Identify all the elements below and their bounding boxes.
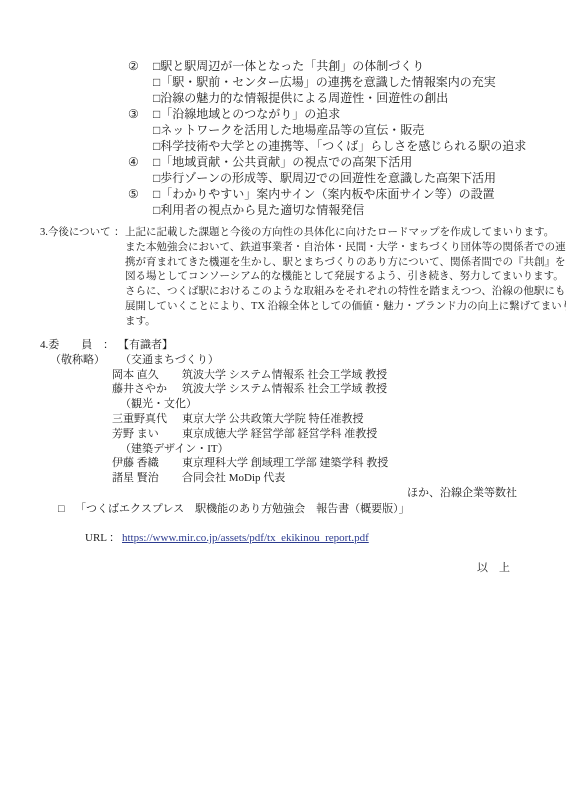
member-name: 伊藤 香織 — [112, 456, 182, 471]
report-title: 「つくばエクスプレス 駅機能のあり方勉強会 報告書（概要版）」 — [75, 502, 410, 517]
member-affiliation: 東京大学 公共政策大学院 特任准教授 — [182, 412, 364, 427]
member-row: 伊藤 香織 東京理科大学 創域理工学部 建築学科 教授 — [40, 456, 517, 471]
checklist-item: □利用者の視点から見た適切な情報発信 — [128, 202, 526, 218]
checklist-item: □科学技術や大学との連携等、「つくば」らしさを感じられる駅の追求 — [128, 138, 526, 154]
paragraph-line: 携が育まれてきた機運を生かし、駅とまちづくりのあり方について、関係者間での『共創… — [125, 256, 539, 271]
paragraph-line: 上記に記載した課題と今後の方向性の具体化に向けたロードマップを作成してまいります… — [125, 226, 539, 241]
category-label: （交通まちづくり） — [120, 353, 219, 368]
report-url-row: URL ： https://www.mir.co.jp/assets/pdf/t… — [85, 531, 410, 546]
checklist-item-label: □「地域貢献・公共貢献」の視点での高架下活用 — [153, 154, 412, 170]
item-number — [128, 138, 153, 154]
future-paragraph: 上記に記載した課題と今後の方向性の具体化に向けたロードマップを作成してまいります… — [125, 226, 539, 330]
paragraph-line: 展開していくことにより、TX 沿線全体としての価値・魅力・ブランド力の向上に繋げ… — [125, 300, 539, 315]
member-row: 三重野真代 東京大学 公共政策大学院 特任准教授 — [40, 412, 517, 427]
committee-heading: 【有識者】 — [118, 338, 173, 353]
report-section: □ 「つくばエクスプレス 駅機能のあり方勉強会 報告書（概要版）」 URL ： … — [58, 502, 410, 546]
checklist-item-label: □「駅・駅前・センター広場」の連携を意識した情報案内の充実 — [153, 74, 496, 90]
checklist-item: □沿線の魅力的な情報提供による周遊性・回遊性の創出 — [128, 90, 526, 106]
checkbox-glyph: □ — [58, 502, 75, 517]
checklist-item: □歩行ゾーンの形成等、駅周辺での回遊性を意識した高架下活用 — [128, 170, 526, 186]
member-name: 三重野真代 — [112, 412, 182, 427]
checklist-item-label: □駅と駅周辺が一体となった「共創」の体制づくり — [153, 58, 424, 74]
member-affiliation: 合同会社 MoDip 代表 — [182, 471, 285, 486]
checklist-item-label: □科学技術や大学との連携等、「つくば」らしさを感じられる駅の追求 — [153, 138, 526, 154]
paragraph-line: 図る場としてコンソーシアム的な機能として発展するよう、引き続き、努力してまいりま… — [125, 270, 539, 285]
item-number — [128, 202, 153, 218]
checklist-item: □「駅・駅前・センター広場」の連携を意識した情報案内の充実 — [128, 74, 526, 90]
future-section: 3.今後について ： 上記に記載した課題と今後の方向性の具体化に向けたロードマッ… — [40, 226, 539, 330]
member-name: 藤井さやか — [112, 382, 182, 397]
member-row: 岡本 直久 筑波大学 システム情報系 社会工学域 教授 — [40, 368, 517, 383]
checklist-item: ⑤ □「わかりやすい」案内サイン（案内板や床面サイン等）の設置 — [128, 186, 526, 202]
url-colon: ： — [109, 531, 122, 546]
paragraph-line: また本勉強会において、鉄道事業者・自治体・民間・大学・まちづくり団体等の関係者で… — [125, 241, 539, 256]
checklist-section: ② □駅と駅周辺が一体となった「共創」の体制づくり □「駅・駅前・センター広場」… — [128, 58, 526, 218]
member-affiliation: 筑波大学 システム情報系 社会工学域 教授 — [182, 382, 387, 397]
section-label: 3.今後について — [40, 226, 114, 330]
report-title-row: □ 「つくばエクスプレス 駅機能のあり方勉強会 報告書（概要版）」 — [58, 502, 410, 517]
checklist-item-label: □「わかりやすい」案内サイン（案内板や床面サイン等）の設置 — [153, 186, 495, 202]
document-page: ② □駅と駅周辺が一体となった「共創」の体制づくり □「駅・駅前・センター広場」… — [0, 0, 566, 800]
checklist-item-label: □ネットワークを活用した地場産品等の宣伝・販売 — [153, 122, 424, 138]
member-affiliation: 東京理科大学 創域理工学部 建築学科 教授 — [182, 456, 388, 471]
committee-subheader: （敬称略） （交通まちづくり） — [40, 353, 517, 368]
paragraph-line: さらに、つくば駅におけるこのような取組みをそれぞれの特性を踏まえつつ、沿線の他駅… — [125, 285, 539, 300]
section-colon: ： — [103, 338, 118, 353]
committee-label: 4.委 員 — [40, 338, 103, 353]
checklist-item-label: □歩行ゾーンの形成等、駅周辺での回遊性を意識した高架下活用 — [153, 170, 496, 186]
url-label: URL — [85, 531, 109, 546]
checklist-item-label: □利用者の視点から見た適切な情報発信 — [153, 202, 364, 218]
committee-header: 4.委 員 ： 【有識者】 — [40, 338, 517, 353]
category-label: （観光・文化） — [40, 397, 517, 412]
checklist-item: ② □駅と駅周辺が一体となった「共創」の体制づくり — [128, 58, 526, 74]
checklist-item-label: □沿線の魅力的な情報提供による周遊性・回遊性の創出 — [153, 90, 448, 106]
item-number — [128, 90, 153, 106]
checklist-item: □ネットワークを活用した地場産品等の宣伝・販売 — [128, 122, 526, 138]
item-number — [128, 74, 153, 90]
item-number: ④ — [128, 154, 153, 170]
category-label: （建築デザイン・IT） — [40, 442, 517, 457]
checklist-item: ③ □「沿線地域とのつながり」の追求 — [128, 106, 526, 122]
item-number: ⑤ — [128, 186, 153, 202]
committee-section: 4.委 員 ： 【有識者】 （敬称略） （交通まちづくり） 岡本 直久 筑波大学… — [40, 338, 517, 501]
member-name: 岡本 直久 — [112, 368, 182, 383]
member-affiliation: 東京成徳大学 経営学部 経営学科 准教授 — [182, 427, 377, 442]
paragraph-line: ます。 — [125, 315, 539, 330]
member-name: 諸星 賢治 — [112, 471, 182, 486]
member-affiliation: 筑波大学 システム情報系 社会工学域 教授 — [182, 368, 387, 383]
report-url-link[interactable]: https://www.mir.co.jp/assets/pdf/tx_ekik… — [122, 531, 369, 546]
honorifics-note: （敬称略） — [40, 353, 120, 368]
closing-mark: 以 上 — [477, 559, 510, 575]
others-note: ほか、沿線企業等数社 — [40, 486, 517, 501]
item-number — [128, 170, 153, 186]
member-row: 藤井さやか 筑波大学 システム情報系 社会工学域 教授 — [40, 382, 517, 397]
item-number: ② — [128, 58, 153, 74]
section-colon: ： — [114, 226, 125, 330]
checklist-item-label: □「沿線地域とのつながり」の追求 — [153, 106, 340, 122]
checklist-item: ④ □「地域貢献・公共貢献」の視点での高架下活用 — [128, 154, 526, 170]
member-row: 芳野 まい 東京成徳大学 経営学部 経営学科 准教授 — [40, 427, 517, 442]
member-name: 芳野 まい — [112, 427, 182, 442]
member-row: 諸星 賢治 合同会社 MoDip 代表 — [40, 471, 517, 486]
item-number — [128, 122, 153, 138]
item-number: ③ — [128, 106, 153, 122]
